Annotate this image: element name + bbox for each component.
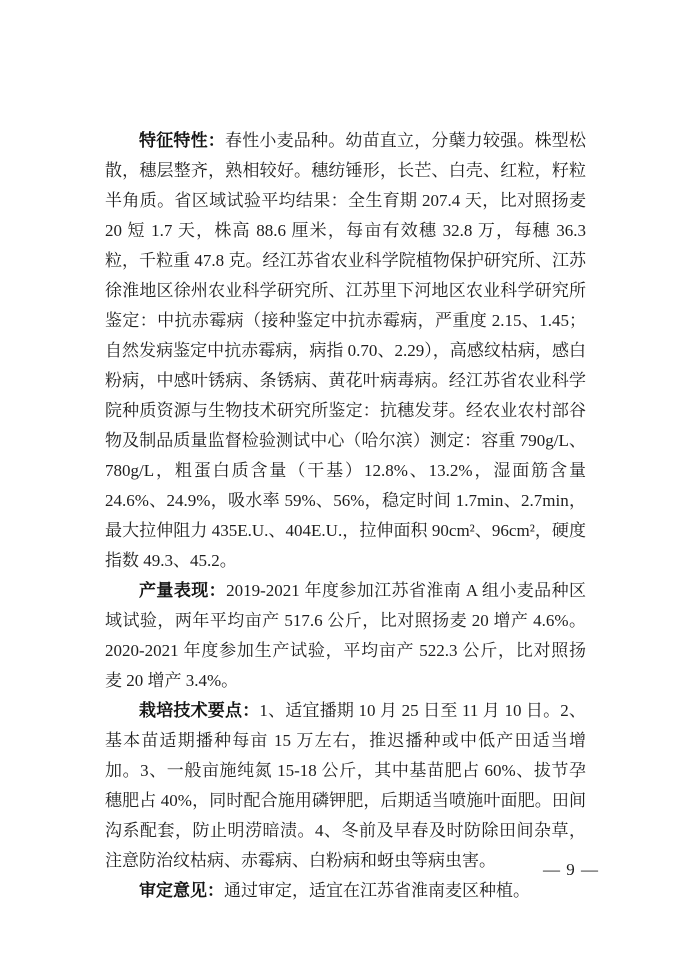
paragraph-label-approval-opinion: 审定意见： [139, 881, 224, 900]
paragraph-text-feature-characteristics: 春性小麦品种。幼苗直立，分蘖力较强。株型松散，穗层整齐，熟相较好。穗纺锤形，长芒… [105, 131, 586, 570]
paragraph-text-approval-opinion: 通过审定，适宜在江苏省淮南麦区种植。 [224, 881, 530, 900]
paragraph-label-feature-characteristics: 特征特性： [139, 131, 225, 150]
document-page: 特征特性：春性小麦品种。幼苗直立，分蘖力较强。株型松散，穗层整齐，熟相较好。穗纺… [0, 0, 690, 975]
paragraph-approval-opinion: 审定意见：通过审定，适宜在江苏省淮南麦区种植。 [105, 876, 586, 906]
paragraph-label-cultivation-techniques: 栽培技术要点： [139, 701, 259, 720]
paragraph-yield-performance: 产量表现：2019-2021 年度参加江苏省淮南 A 组小麦品种区域试验，两年平… [105, 576, 586, 696]
page-number: — 9 — [543, 858, 599, 882]
paragraph-feature-characteristics: 特征特性：春性小麦品种。幼苗直立，分蘖力较强。株型松散，穗层整齐，熟相较好。穗纺… [105, 126, 586, 576]
document-body: 特征特性：春性小麦品种。幼苗直立，分蘖力较强。株型松散，穗层整齐，熟相较好。穗纺… [105, 126, 586, 906]
paragraph-cultivation-techniques: 栽培技术要点：1、适宜播期 10 月 25 日至 11 月 10 日。2、基本苗… [105, 696, 586, 876]
paragraph-label-yield-performance: 产量表现： [139, 581, 226, 600]
paragraph-text-cultivation-techniques: 1、适宜播期 10 月 25 日至 11 月 10 日。2、基本苗适期播种每亩 … [105, 701, 586, 870]
